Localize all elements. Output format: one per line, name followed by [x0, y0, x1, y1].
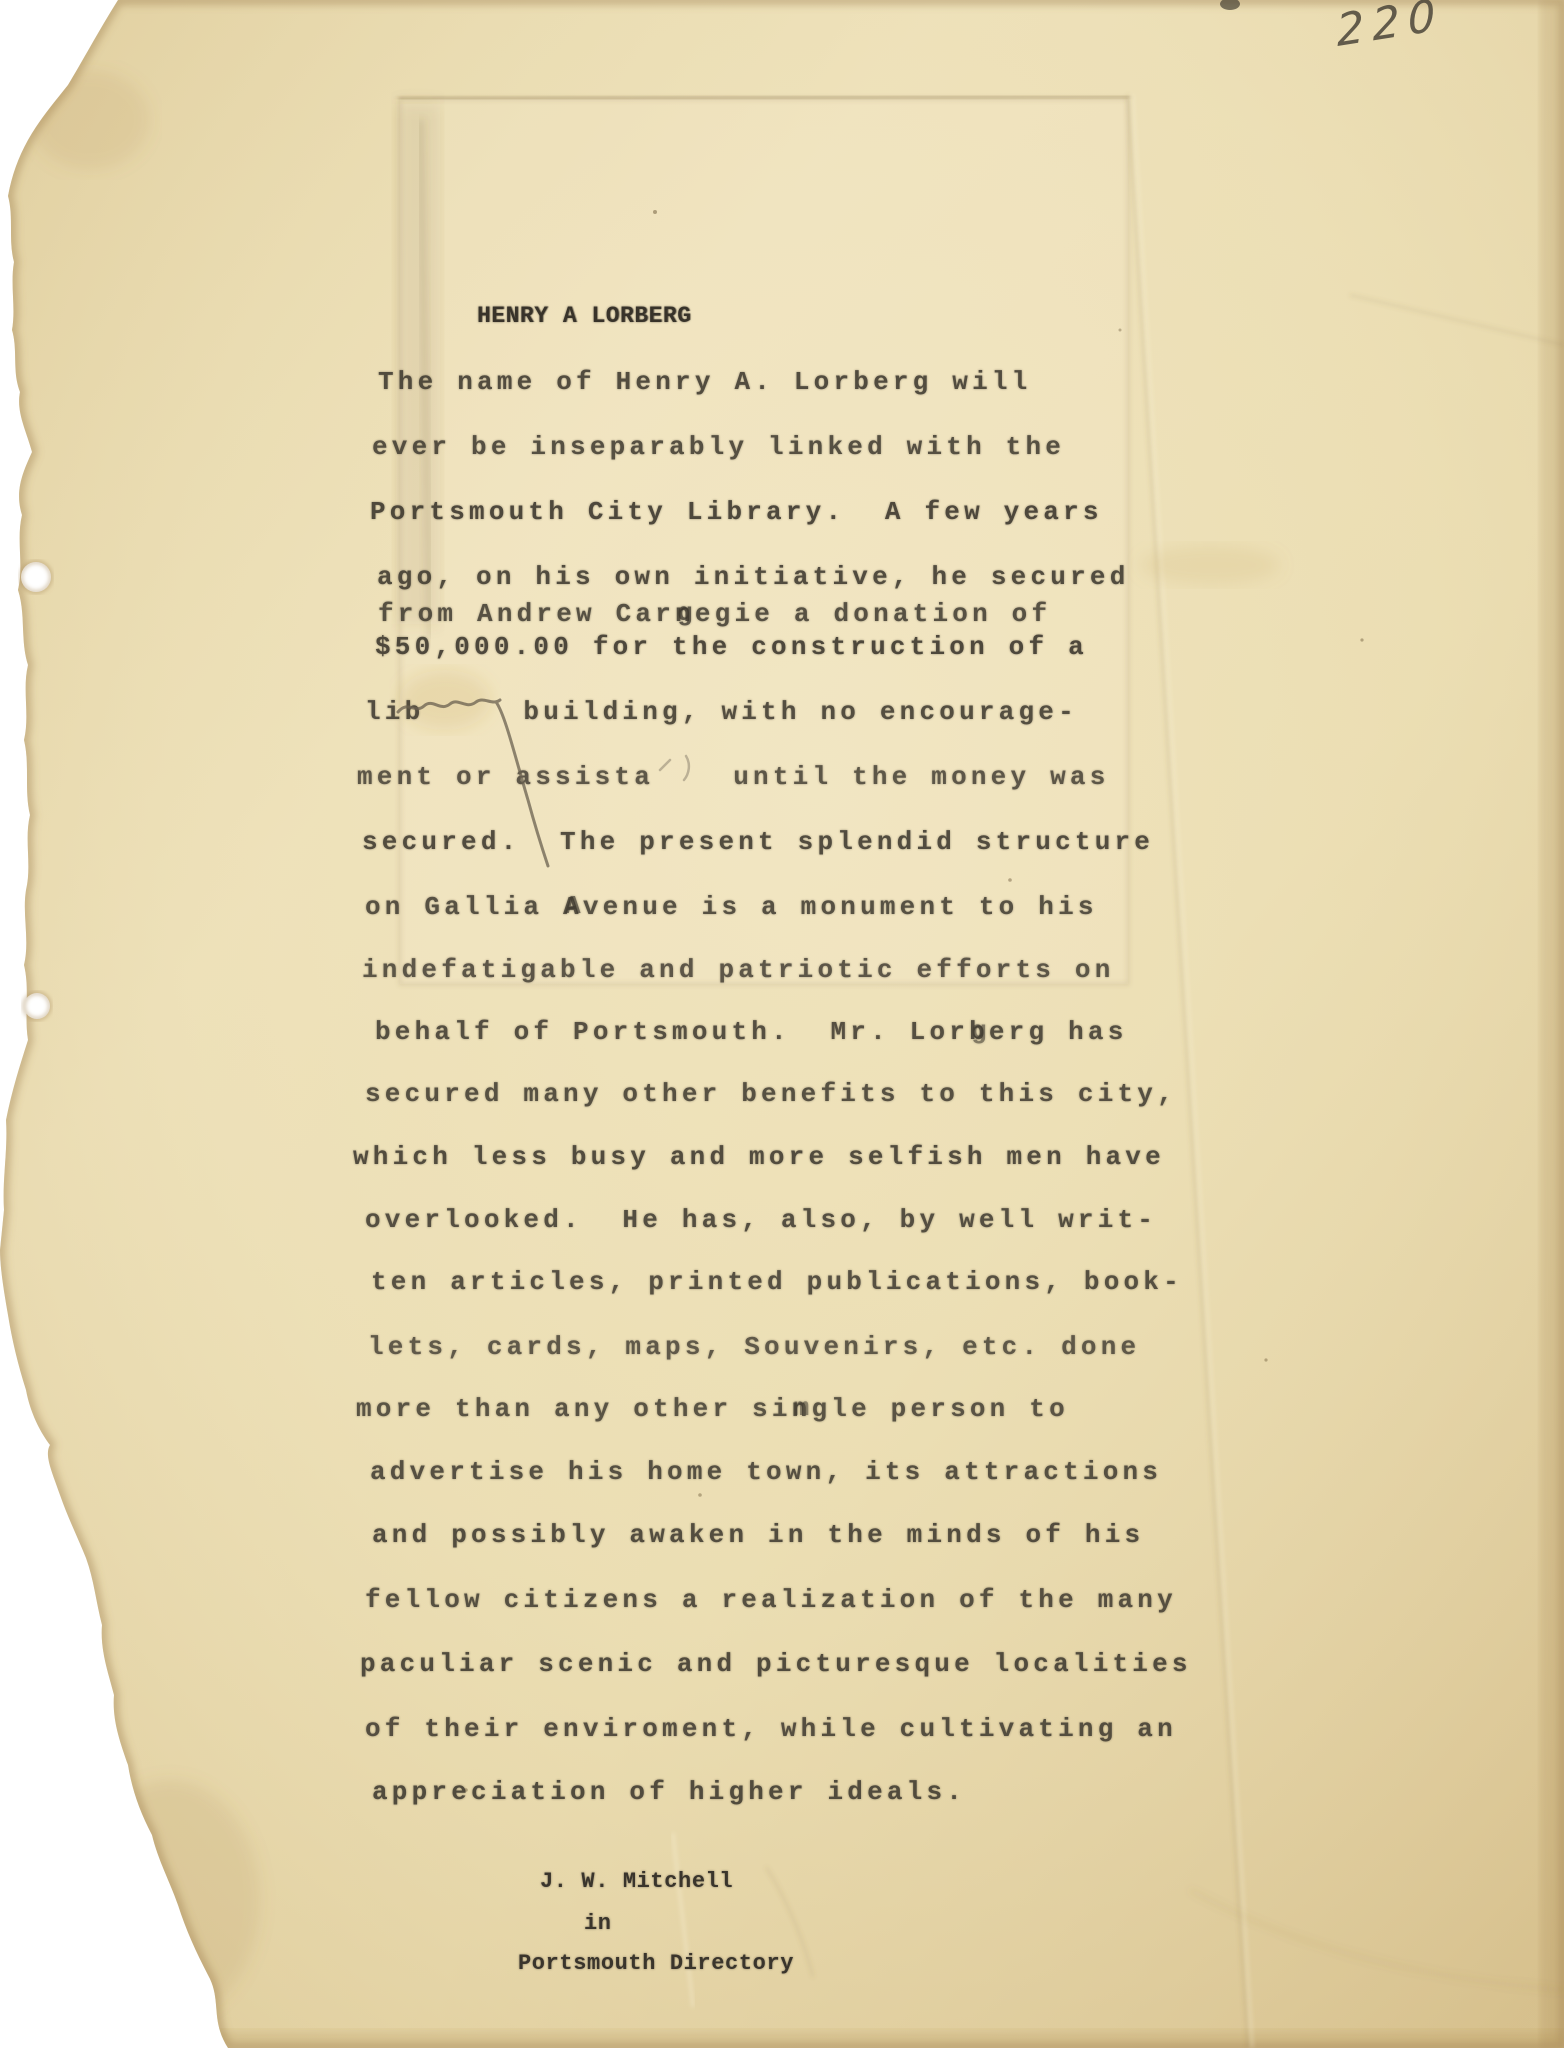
typed-line: ago, on his own initiative, he secured	[377, 562, 1130, 592]
typed-line: fellow citizens a realization of the man…	[365, 1585, 1177, 1615]
typed-line: which less busy and more selfish men hav…	[353, 1142, 1165, 1172]
typed-line: The name of Henry A. Lorberg will	[378, 367, 1031, 397]
typed-line: Portsmouth City Library. A few years	[370, 497, 1103, 527]
typed-line: of their enviroment, while cultivating a…	[365, 1714, 1177, 1744]
typed-line: and possibly awaken in the minds of his	[372, 1520, 1144, 1550]
overstruck-glyph: m	[794, 1393, 814, 1423]
typed-line: lib building, with no encourage-	[365, 697, 1078, 727]
closing-author: J. W. Mitchell	[540, 1869, 733, 1894]
typed-line: secured. The present splendid structure	[362, 827, 1154, 857]
typed-line: appreciation of higher ideals.	[372, 1777, 966, 1807]
typed-line: behalf of Portsmouth. Mr. Lorberg has	[375, 1017, 1128, 1047]
typed-line: on Gallia Avenue is a monument to his	[365, 892, 1098, 922]
typed-line: overlooked. He has, also, by well writ-	[365, 1205, 1157, 1235]
typed-line: from Andrew Carnegie a donation of	[378, 599, 1051, 629]
closing-connector: in	[584, 1911, 612, 1936]
typed-line: more than any other single person to	[356, 1394, 1069, 1424]
typed-line: lets, cards, maps, Souvenirs, etc. done	[368, 1332, 1140, 1362]
overstruck-glyph: A	[565, 891, 585, 921]
closing-source: Portsmouth Directory	[518, 1951, 794, 1976]
typed-line: paculiar scenic and picturesque localiti…	[360, 1649, 1192, 1679]
typed-line: indefatigable and patriotic efforts on	[362, 955, 1115, 985]
typed-line: secured many other benefits to this city…	[365, 1079, 1177, 1109]
typed-line: ever be inseparably linked with the	[372, 432, 1065, 462]
typed-line: $50,000.00 for the construction of a	[375, 632, 1088, 662]
overstruck-glyph: g	[677, 598, 697, 628]
typed-line: advertise his home town, its attractions	[370, 1457, 1162, 1487]
typed-line: ment or assista until the money was	[357, 762, 1110, 792]
overstruck-glyph: g	[971, 1016, 991, 1046]
typed-line: ten articles, printed publications, book…	[371, 1267, 1183, 1297]
scanned-page: HENRY A LORBERG The name of Henry A. Lor…	[0, 0, 1564, 2048]
typed-body: The name of Henry A. Lorberg willever be…	[0, 0, 1564, 2048]
